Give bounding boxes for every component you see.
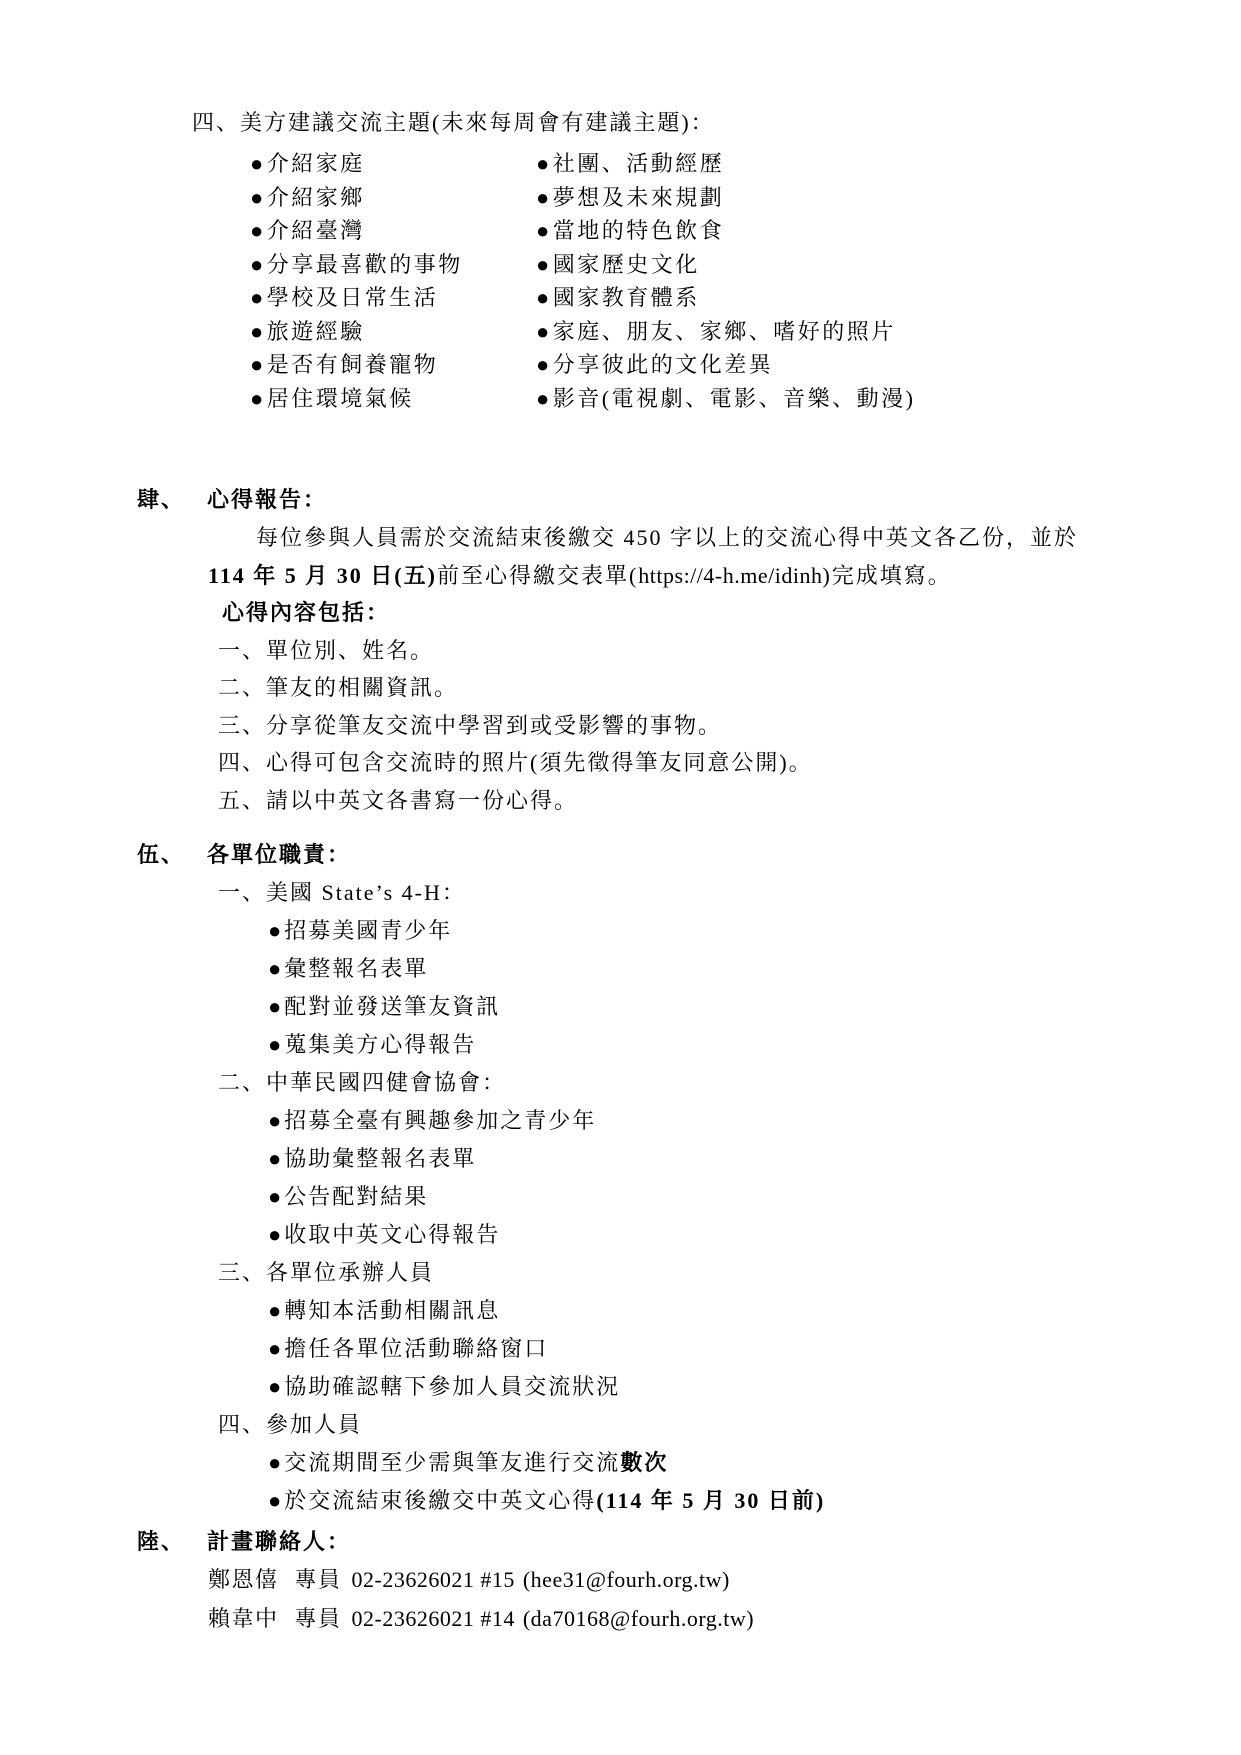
bullet-icon: ● <box>268 1450 283 1475</box>
duty-item: ●於交流結束後繳交中英文心得(114 年 5 月 30 日前) <box>268 1482 1241 1520</box>
report-item: 三、分享從筆友交流中學習到或受影響的事物。 <box>218 707 1241 745</box>
topic-item-label: 分享最喜歡的事物 <box>267 252 463 277</box>
duty-group-heading: 二、中華民國四健會協會： <box>218 1064 1241 1102</box>
report-section-header: 肆、 心得報告： <box>0 481 1241 519</box>
contact-phone: 02-23626021 #15 <box>352 1567 515 1592</box>
topic-row: ●學校及日常生活●國家教育體系 <box>250 281 1241 315</box>
topic-item-label: 國家教育體系 <box>553 285 700 310</box>
contact-phone: 02-23626021 #14 <box>352 1606 515 1631</box>
duty-item-label: 擔任各單位活動聯絡窗口 <box>284 1336 548 1361</box>
bullet-icon: ● <box>536 319 552 344</box>
topic-row: ●介紹臺灣●當地的特色飲食 <box>250 214 1241 248</box>
topic-row: ●居住環境氣候●影音(電視劇、電影、音樂、動漫) <box>250 382 1241 416</box>
topic-row: ●旅遊經驗●家庭、朋友、家鄉、嗜好的照片 <box>250 315 1241 349</box>
bullet-icon: ● <box>250 352 266 377</box>
topic-item: ●介紹家庭 <box>250 147 536 181</box>
duty-item: ●公告配對結果 <box>268 1178 1241 1216</box>
duty-group-heading: 三、各單位承辦人員 <box>218 1254 1241 1292</box>
bullet-icon: ● <box>268 994 283 1019</box>
topic-item-label: 國家歷史文化 <box>553 252 700 277</box>
topic-item: ●分享彼此的文化差異 <box>536 348 773 382</box>
topics-rows: ●介紹家庭●社團、活動經歷●介紹家鄉●夢想及未來規劃●介紹臺灣●當地的特色飲食●… <box>250 147 1241 415</box>
duties-section-header: 伍、 各單位職責： <box>0 836 1241 874</box>
topic-row: ●分享最喜歡的事物●國家歷史文化 <box>250 248 1241 282</box>
topic-item-label: 居住環境氣候 <box>267 386 414 411</box>
bullet-icon: ● <box>250 218 266 243</box>
report-item: 五、請以中英文各書寫一份心得。 <box>218 782 1241 820</box>
bullet-icon: ● <box>536 285 552 310</box>
duty-item-label: 招募美國青少年 <box>284 918 452 943</box>
contacts-section-header: 陸、 計畫聯絡人： <box>0 1523 1241 1561</box>
topic-item: ●介紹臺灣 <box>250 214 536 248</box>
report-deadline-text-end: )完成填寫。 <box>822 563 951 588</box>
bullet-icon: ● <box>250 386 266 411</box>
duty-group-heading: 四、參加人員 <box>218 1406 1241 1444</box>
duty-item: ●配對並發送筆友資訊 <box>268 988 1241 1026</box>
duty-item-label: 收取中英文心得報告 <box>284 1222 500 1247</box>
topic-item: ●學校及日常生活 <box>250 281 536 315</box>
topic-row: ●是否有飼養寵物●分享彼此的文化差異 <box>250 348 1241 382</box>
topic-row: ●介紹家鄉●夢想及未來規劃 <box>250 181 1241 215</box>
duty-item-label: 公告配對結果 <box>284 1184 428 1209</box>
section-contacts: 陸、 計畫聯絡人： 鄭恩僖專員02-23626021 #15(hee31@fou… <box>0 1523 1241 1638</box>
topic-item: ●居住環境氣候 <box>250 382 536 416</box>
report-item: 一、單位別、姓名。 <box>218 632 1241 670</box>
section-topics: 四、美方建議交流主題(未來每周會有建議主題)： ●介紹家庭●社團、活動經歷●介紹… <box>0 0 1241 415</box>
contact-name: 賴韋中 <box>208 1606 279 1631</box>
topic-item-label: 影音(電視劇、電影、音樂、動漫) <box>553 386 916 411</box>
bullet-icon: ● <box>250 252 266 277</box>
bullet-icon: ● <box>268 1298 283 1323</box>
duty-group-heading: 一、美國 State’s 4-H： <box>218 874 1241 912</box>
duty-item: ●蒐集美方心得報告 <box>268 1026 1241 1064</box>
bullet-icon: ● <box>536 218 552 243</box>
bullet-icon: ● <box>250 151 266 176</box>
topic-item: ●分享最喜歡的事物 <box>250 248 536 282</box>
duty-item: ●協助彙整報名表單 <box>268 1140 1241 1178</box>
bullet-icon: ● <box>268 1374 283 1399</box>
bullet-icon: ● <box>268 1184 283 1209</box>
duty-item: ●擔任各單位活動聯絡窗口 <box>268 1330 1241 1368</box>
duty-item-label: 協助確認轄下參加人員交流狀況 <box>284 1374 620 1399</box>
contacts-section-title: 計畫聯絡人： <box>207 1523 351 1561</box>
bullet-icon: ● <box>268 1108 283 1133</box>
duty-item-label: 轉知本活動相關訊息 <box>284 1298 500 1323</box>
topic-item: ●影音(電視劇、電影、音樂、動漫) <box>536 382 915 416</box>
form-url: https://4-h.me/idinh <box>638 563 822 588</box>
duty-item: ●招募全臺有興趣參加之青少年 <box>268 1102 1241 1140</box>
contact-name: 鄭恩僖 <box>208 1567 279 1592</box>
contact-role: 專員 <box>295 1606 342 1631</box>
duties-groups: 一、美國 State’s 4-H：●招募美國青少年●彙整報名表單●配對並發送筆友… <box>218 874 1241 1520</box>
duty-item-bold-label: (114 年 5 月 30 日前) <box>596 1488 825 1513</box>
bullet-icon: ● <box>268 918 283 943</box>
bullet-icon: ● <box>250 319 266 344</box>
contact-row: 賴韋中專員02-23626021 #14(da70168@fourh.org.t… <box>208 1600 1241 1639</box>
bullet-icon: ● <box>268 1222 283 1247</box>
topic-item: ●家庭、朋友、家鄉、嗜好的照片 <box>536 315 896 349</box>
contact-email: (hee31@fourh.org.tw) <box>523 1567 730 1592</box>
contact-row: 鄭恩僖專員02-23626021 #15(hee31@fourh.org.tw) <box>208 1561 1241 1600</box>
topic-item: ●夢想及未來規劃 <box>536 181 724 215</box>
topic-item-label: 學校及日常生活 <box>267 285 439 310</box>
topic-item: ●是否有飼養寵物 <box>250 348 536 382</box>
report-deadline-text: 前至心得繳交表單( <box>437 563 638 588</box>
duty-item-label: 配對並發送筆友資訊 <box>284 994 500 1019</box>
contact-role: 專員 <box>295 1567 342 1592</box>
report-items: 一、單位別、姓名。二、筆友的相關資訊。三、分享從筆友交流中學習到或受影響的事物。… <box>208 632 1241 820</box>
topic-item-label: 家庭、朋友、家鄉、嗜好的照片 <box>553 319 896 344</box>
document-page: 四、美方建議交流主題(未來每周會有建議主題)： ●介紹家庭●社團、活動經歷●介紹… <box>0 0 1241 1755</box>
report-paragraph-line1: 每位參與人員需於交流結束後繳交 450 字以上的交流心得中英文各乙份，並於 <box>208 519 1241 557</box>
duty-item: ●轉知本活動相關訊息 <box>268 1292 1241 1330</box>
bullet-icon: ● <box>536 185 552 210</box>
contacts-section-label: 陸、 <box>137 1523 207 1561</box>
bullet-icon: ● <box>268 1336 283 1361</box>
bullet-icon: ● <box>536 386 552 411</box>
topic-item-label: 旅遊經驗 <box>267 319 365 344</box>
contact-list: 鄭恩僖專員02-23626021 #15(hee31@fourh.org.tw)… <box>208 1561 1241 1638</box>
topic-item: ●旅遊經驗 <box>250 315 536 349</box>
duty-item-label: 彙整報名表單 <box>284 956 428 981</box>
topic-row: ●介紹家庭●社團、活動經歷 <box>250 147 1241 181</box>
topic-item: ●介紹家鄉 <box>250 181 536 215</box>
topic-item-label: 介紹臺灣 <box>267 218 365 243</box>
bullet-icon: ● <box>268 1032 283 1057</box>
bullet-icon: ● <box>536 252 552 277</box>
duty-item-label: 協助彙整報名表單 <box>284 1146 476 1171</box>
topic-item: ●國家歷史文化 <box>536 248 700 282</box>
duty-item: ●交流期間至少需與筆友進行交流數次 <box>268 1444 1241 1482</box>
bullet-icon: ● <box>536 352 552 377</box>
bullet-icon: ● <box>250 285 266 310</box>
topic-item: ●國家教育體系 <box>536 281 700 315</box>
duty-item: ●招募美國青少年 <box>268 912 1241 950</box>
duty-item: ●協助確認轄下參加人員交流狀況 <box>268 1368 1241 1406</box>
report-item: 四、心得可包含交流時的照片(須先徵得筆友同意公開)。 <box>218 744 1241 782</box>
bullet-icon: ● <box>268 1488 283 1513</box>
topic-item-label: 介紹家庭 <box>267 151 365 176</box>
topic-item: ●當地的特色飲食 <box>536 214 724 248</box>
report-section-title: 心得報告： <box>207 481 327 519</box>
contact-email: (da70168@fourh.org.tw) <box>523 1606 754 1631</box>
report-deadline-line: 114 年 5 月 30 日(五)前至心得繳交表單(https://4-h.me… <box>208 557 1241 595</box>
report-body: 每位參與人員需於交流結束後繳交 450 字以上的交流心得中英文各乙份，並於 11… <box>208 519 1241 819</box>
section-report: 肆、 心得報告： 每位參與人員需於交流結束後繳交 450 字以上的交流心得中英文… <box>0 481 1241 819</box>
section-duties: 伍、 各單位職責： 一、美國 State’s 4-H：●招募美國青少年●彙整報名… <box>0 836 1241 1520</box>
bullet-icon: ● <box>536 151 552 176</box>
topic-item-label: 當地的特色飲食 <box>553 218 725 243</box>
topics-heading: 四、美方建議交流主題(未來每周會有建議主題)： <box>192 105 1241 141</box>
report-section-label: 肆、 <box>137 481 207 519</box>
bullet-icon: ● <box>250 185 266 210</box>
report-item: 二、筆友的相關資訊。 <box>218 669 1241 707</box>
duties-section-label: 伍、 <box>137 836 207 874</box>
duties-section-title: 各單位職責： <box>207 836 351 874</box>
bullet-icon: ● <box>268 956 283 981</box>
topic-item-label: 介紹家鄉 <box>267 185 365 210</box>
duty-item: ●收取中英文心得報告 <box>268 1216 1241 1254</box>
bullet-icon: ● <box>268 1146 283 1171</box>
duty-item-label: 蒐集美方心得報告 <box>284 1032 476 1057</box>
topic-item: ●社團、活動經歷 <box>536 147 724 181</box>
topic-item-label: 夢想及未來規劃 <box>553 185 725 210</box>
duty-item-label: 招募全臺有興趣參加之青少年 <box>284 1108 596 1133</box>
topic-item-label: 社團、活動經歷 <box>553 151 725 176</box>
topic-item-label: 分享彼此的文化差異 <box>553 352 774 377</box>
duty-item: ●彙整報名表單 <box>268 950 1241 988</box>
report-deadline-date: 114 年 5 月 30 日(五) <box>208 563 437 588</box>
duty-item-label: 交流期間至少需與筆友進行交流 <box>284 1450 620 1475</box>
duty-item-label: 於交流結束後繳交中英文心得 <box>284 1488 596 1513</box>
report-subheading: 心得內容包括： <box>222 594 1241 632</box>
duty-item-bold-label: 數次 <box>620 1450 668 1475</box>
topic-item-label: 是否有飼養寵物 <box>267 352 439 377</box>
